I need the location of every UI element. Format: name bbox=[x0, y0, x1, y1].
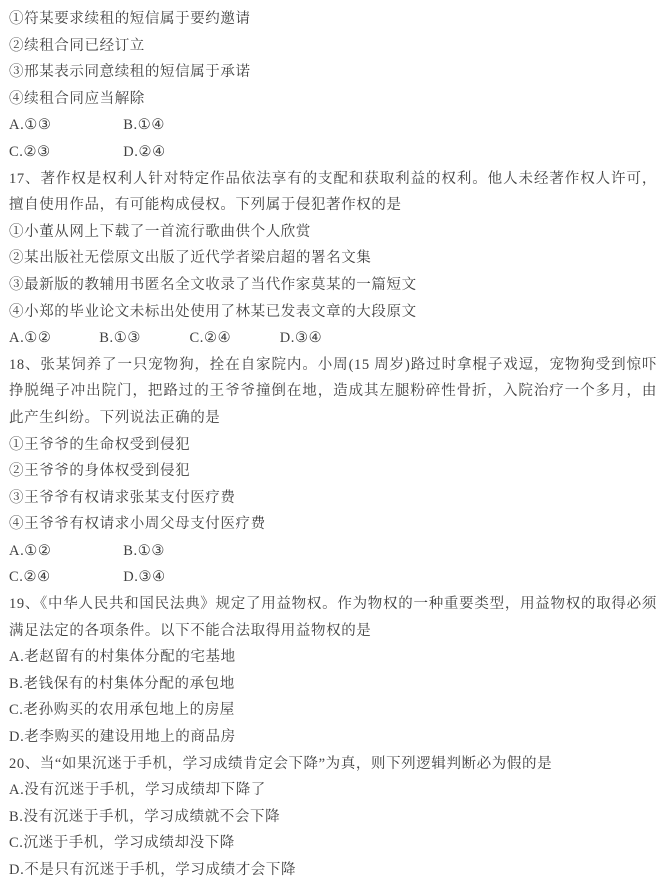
q18-option-d: D.③④ bbox=[123, 564, 166, 591]
q17-option-d: D.③④ bbox=[280, 325, 323, 352]
q16-option-b: B.①④ bbox=[123, 112, 165, 139]
q16-statement-2: ②续租合同已经订立 bbox=[9, 33, 657, 60]
q16-statement-1: ①符某要求续租的短信属于要约邀请 bbox=[9, 6, 657, 33]
q18-statement-1: ①王爷爷的生命权受到侵犯 bbox=[9, 432, 657, 459]
q17-option-c: C.②④ bbox=[189, 325, 275, 352]
q18-option-row-1: A.①② B.①③ bbox=[9, 538, 657, 565]
question-19: 19、《中华人民共和国民法典》规定了用益物权。作为物权的一种重要类型，用益物权的… bbox=[9, 591, 657, 751]
q18-statement-3: ③王爷爷有权请求张某支付医疗费 bbox=[9, 485, 657, 512]
question-16-tail: ①符某要求续租的短信属于要约邀请 ②续租合同已经订立 ③邢某表示同意续租的短信属… bbox=[9, 6, 657, 166]
q17-option-b: B.①③ bbox=[99, 325, 185, 352]
q16-option-a: A.①③ bbox=[9, 112, 119, 139]
q18-option-row-2: C.②④ D.③④ bbox=[9, 564, 657, 591]
q20-option-b: B.没有沉迷于手机，学习成绩就不会下降 bbox=[9, 804, 657, 831]
q16-option-row-2: C.②③ D.②④ bbox=[9, 139, 657, 166]
q17-statement-1: ①小董从网上下载了一首流行歌曲供个人欣赏 bbox=[9, 219, 657, 246]
q20-option-d: D.不是只有沉迷于手机，学习成绩才会下降 bbox=[9, 857, 657, 884]
q19-stem: 19、《中华人民共和国民法典》规定了用益物权。作为物权的一种重要类型，用益物权的… bbox=[9, 591, 657, 644]
q17-statement-2: ②某出版社无偿原文出版了近代学者梁启超的署名文集 bbox=[9, 245, 657, 272]
q19-option-d: D.老李购买的建设用地上的商品房 bbox=[9, 724, 657, 751]
q19-option-b: B.老钱保有的村集体分配的承包地 bbox=[9, 671, 657, 698]
q18-statement-2: ②王爷爷的身体权受到侵犯 bbox=[9, 458, 657, 485]
q20-option-c: C.沉迷于手机，学习成绩却没下降 bbox=[9, 830, 657, 857]
q20-stem: 20、当“如果沉迷于手机，学习成绩肯定会下降”为真，则下列逻辑判断必为假的是 bbox=[9, 751, 657, 778]
q18-statement-4: ④王爷爷有权请求小周父母支付医疗费 bbox=[9, 511, 657, 538]
q18-option-b: B.①③ bbox=[123, 538, 165, 565]
question-17: 17、著作权是权利人针对特定作品依法享有的支配和获取利益的权利。他人未经著作权人… bbox=[9, 166, 657, 352]
q19-option-c: C.老孙购买的农用承包地上的房屋 bbox=[9, 697, 657, 724]
q19-option-a: A.老赵留有的村集体分配的宅基地 bbox=[9, 644, 657, 671]
question-20: 20、当“如果沉迷于手机，学习成绩肯定会下降”为真，则下列逻辑判断必为假的是 A… bbox=[9, 751, 657, 884]
q16-option-c: C.②③ bbox=[9, 139, 119, 166]
q17-stem: 17、著作权是权利人针对特定作品依法享有的支配和获取利益的权利。他人未经著作权人… bbox=[9, 166, 657, 219]
exam-document: ①符某要求续租的短信属于要约邀请 ②续租合同已经订立 ③邢某表示同意续租的短信属… bbox=[0, 0, 669, 890]
q17-option-a: A.①② bbox=[9, 325, 95, 352]
q16-statement-4: ④续租合同应当解除 bbox=[9, 86, 657, 113]
q18-option-c: C.②④ bbox=[9, 564, 119, 591]
q18-option-a: A.①② bbox=[9, 538, 119, 565]
q20-option-a: A.没有沉迷于手机，学习成绩却下降了 bbox=[9, 777, 657, 804]
q16-option-row-1: A.①③ B.①④ bbox=[9, 112, 657, 139]
q17-option-row: A.①② B.①③ C.②④ D.③④ bbox=[9, 325, 657, 352]
q16-option-d: D.②④ bbox=[123, 139, 166, 166]
q17-statement-4: ④小郑的毕业论文未标出处使用了林某已发表文章的大段原文 bbox=[9, 299, 657, 326]
q17-statement-3: ③最新版的教辅用书匿名全文收录了当代作家莫某的一篇短文 bbox=[9, 272, 657, 299]
q18-stem: 18、张某饲养了一只宠物狗，拴在自家院内。小周(15 周岁)路过时拿棍子戏逗，宠… bbox=[9, 352, 657, 432]
question-18: 18、张某饲养了一只宠物狗，拴在自家院内。小周(15 周岁)路过时拿棍子戏逗，宠… bbox=[9, 352, 657, 591]
q16-statement-3: ③邢某表示同意续租的短信属于承诺 bbox=[9, 59, 657, 86]
